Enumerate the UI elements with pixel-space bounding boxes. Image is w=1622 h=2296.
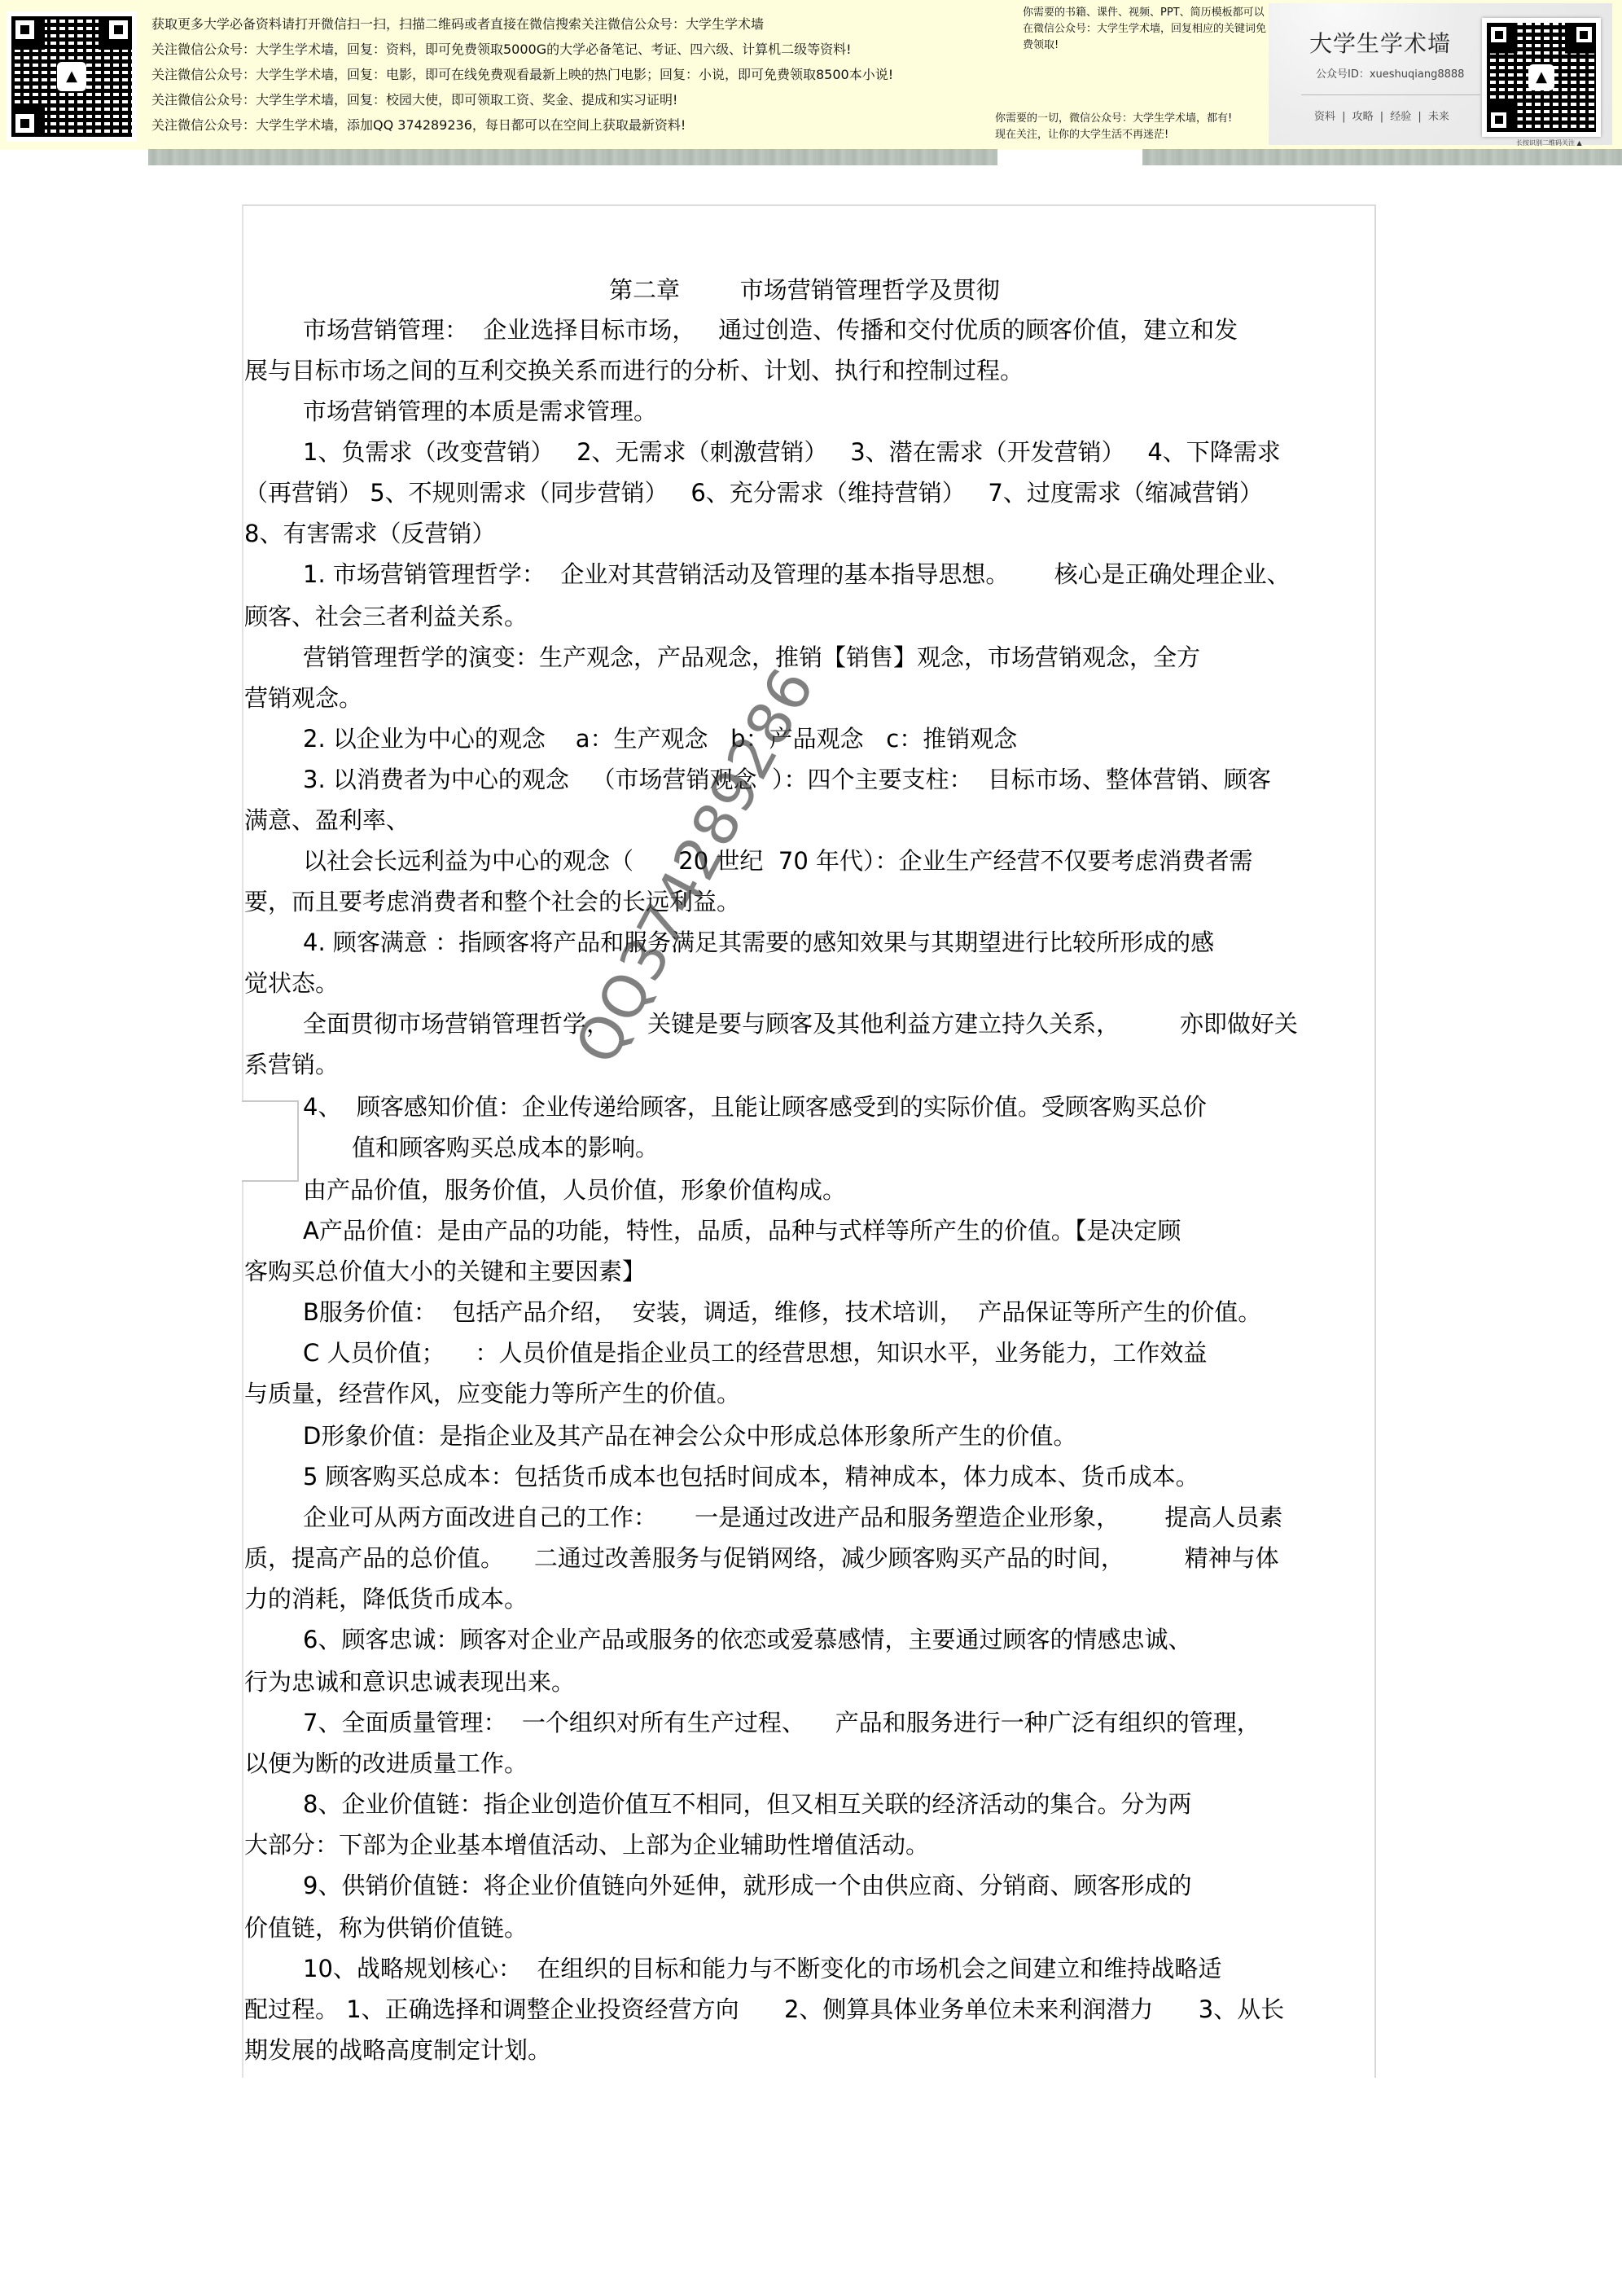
page-margin bbox=[242, 2078, 1382, 2296]
chapter-title: 第二章 市场营销管理哲学及贯彻 bbox=[609, 275, 1000, 305]
document-line: 市场营销管理的本质是需求管理。 bbox=[303, 397, 657, 426]
qr-finder bbox=[1487, 108, 1510, 132]
banner-line: 关注微信公众号：大学生学术墙，回复：校园大使，即可领取工资、奖金、提成和实习证明… bbox=[151, 87, 893, 112]
document-line: 8、企业价值链：指企业创造价值互不相同，但又相互关联的经济活动的集合。分为两 bbox=[303, 1789, 1191, 1819]
margin-box bbox=[242, 1100, 299, 1182]
document-line: 质，提高产品的总价值。 二通过改善服务与促销网络，减少顾客购买产品的时间， 精神… bbox=[244, 1543, 1279, 1573]
document-line: 9、供销价值链：将企业价值链向外延伸，就形成一个由供应商、分销商、顾客形成的 bbox=[303, 1871, 1191, 1900]
document-line: 觉状态。 bbox=[244, 968, 339, 998]
document-line: 4、 顾客感知价值：企业传递给顾客，且能让顾客感受到的实际价值。受顾客购买总价 bbox=[303, 1092, 1207, 1122]
document-line: C 人员价值； ：人员价值是指企业员工的经营思想，知识水平，业务能力，工作效益 bbox=[303, 1338, 1207, 1368]
document-line: 展与目标市场之间的互利交换关系而进行的分析、计划、执行和控制过程。 bbox=[244, 356, 1024, 385]
banner-text-lines: 获取更多大学必备资料请打开微信扫一扫，扫描二维码或者直接在微信搜索关注微信公众号… bbox=[151, 11, 893, 138]
document-line: 要，而且要考虑消费者和整个社会的长远利益。 bbox=[244, 887, 740, 916]
banner-side-line: 你需要的一切，微信公众号：大学生学术墙，都有! bbox=[995, 111, 1272, 127]
qr-caption: 长按识别二维码关注 ▲ bbox=[1516, 138, 1582, 147]
document-line: B服务价值： 包括产品介绍， 安装，调适，维修，技术培训， 产品保证等所产生的价… bbox=[303, 1297, 1261, 1327]
document-line: 营销管理哲学的演变：生产观念，产品观念，推销【销售】观念，市场营销观念，全方 bbox=[303, 643, 1200, 672]
qr-finder bbox=[105, 16, 132, 43]
banner-side-line: 现在关注，让你的大学生活不再迷茫! bbox=[995, 127, 1272, 143]
banner-line: 关注微信公众号：大学生学术墙，添加QQ 374289236，每日都可以在空间上获… bbox=[151, 112, 893, 138]
document-line: 由产品价值，服务价值，人员价值，形象价值构成。 bbox=[303, 1175, 846, 1205]
qr-finder bbox=[1572, 23, 1596, 46]
document-line: 顾客、社会三者利益关系。 bbox=[244, 602, 528, 631]
document-line: 企业可从两方面改进自己的工作： 一是通过改进产品和服务塑造企业形象， 提高人员素 bbox=[303, 1503, 1282, 1532]
document-line: 期发展的战略高度制定计划。 bbox=[244, 2035, 551, 2065]
account-tags: 资料 | 攻略 | 经验 | 未来 bbox=[1314, 108, 1449, 123]
qr-finder bbox=[1487, 23, 1510, 46]
document-line: 市场营销管理： 企业选择目标市场， 通过创造、传播和交付优质的顾客价值，建立和发 bbox=[303, 315, 1238, 345]
document-line: 以便为断的改进质量工作。 bbox=[244, 1749, 528, 1778]
document-line: 价值链，称为供销价值链。 bbox=[244, 1913, 528, 1943]
document-line: 大部分：下部为企业基本增值活动、上部为企业辅助性增值活动。 bbox=[244, 1830, 929, 1859]
document-line: 以社会长远利益为中心的观念（ 20 世纪 70 年代）：企业生产经营不仅要考虑消… bbox=[303, 846, 1253, 876]
qr-finder bbox=[11, 16, 38, 43]
document-line: 营销观念。 bbox=[244, 683, 362, 713]
document-line: 全面贯彻市场营销管理哲学， 关键是要与顾客及其他利益方建立持久关系， 亦即做好关 bbox=[303, 1009, 1298, 1038]
strip-gap bbox=[997, 149, 1142, 165]
document-line: 满意、盈利率、 bbox=[244, 806, 410, 835]
texture-strip bbox=[148, 149, 1622, 165]
document-line: 8、有害需求（反营销） bbox=[244, 519, 495, 548]
banner-line: 获取更多大学必备资料请打开微信扫一扫，扫描二维码或者直接在微信搜索关注微信公众号… bbox=[151, 11, 893, 37]
document-line: 10、战略规划核心： 在组织的目标和能力与不断变化的市场机会之间建立和维持战略适 bbox=[303, 1954, 1221, 1983]
document-line: 4. 顾客满意 ：指顾客将产品和服务满足其需要的感知效果与其期望进行比较所形成的… bbox=[303, 928, 1214, 957]
banner-side-footer: 你需要的一切，微信公众号：大学生学术墙，都有! 现在关注，让你的大学生活不再迷茫… bbox=[995, 111, 1272, 143]
graduation-cap-icon: ▲ bbox=[57, 62, 86, 91]
document-line: 1、负需求（改变营销） 2、无需求（刺激营销） 3、潜在需求（开发营销） 4、下… bbox=[303, 437, 1281, 467]
banner-side-text: 你需要的书籍、课件、视频、PPT、简历模板都可以在微信公众号：大学生学术墙，回复… bbox=[1023, 5, 1267, 54]
document-line: 与质量，经营作风，应变能力等所产生的价值。 bbox=[244, 1379, 740, 1408]
document-line: 配过程。 1、正确选择和调整企业投资经营方向 2、侧算具体业务单位未来利润潜力 … bbox=[244, 1995, 1284, 2024]
document-line: 系营销。 bbox=[244, 1050, 339, 1079]
document-line: 1. 市场营销管理哲学： 企业对其营销活动及管理的基本指导思想。 核心是正确处理… bbox=[303, 560, 1291, 589]
document-line: D形象价值：是指企业及其产品在神会公众中形成总体形象所产生的价值。 bbox=[303, 1421, 1076, 1451]
document-line: 5 顾客购买总成本：包括货币成本也包括时间成本，精神成本，体力成本、货币成本。 bbox=[303, 1462, 1199, 1491]
promo-banner: ▲ 获取更多大学必备资料请打开微信扫一扫，扫描二维码或者直接在微信搜索关注微信公… bbox=[0, 0, 1622, 149]
account-id: 公众号ID：xueshuqiang8888 bbox=[1316, 65, 1464, 81]
document-line: 力的消耗，降低货币成本。 bbox=[244, 1584, 528, 1613]
qr-pattern: ▲ bbox=[11, 16, 132, 137]
banner-line: 关注微信公众号：大学生学术墙，回复：电影，即可在线免费观看最新上映的热门电影；回… bbox=[151, 62, 893, 87]
document-line: 值和顾客购买总成本的影响。 bbox=[352, 1133, 659, 1162]
qr-finder bbox=[11, 110, 38, 137]
account-name: 大学生学术墙 bbox=[1309, 26, 1451, 59]
document-line: （再营销） 5、不规则需求（同步营销） 6、充分需求（维持营销） 7、过度需求（… bbox=[244, 478, 1263, 507]
document-line: 7、全面质量管理： 一个组织对所有生产过程、 产品和服务进行一种广泛有组织的管理… bbox=[303, 1708, 1260, 1737]
qr-code-right: ▲ bbox=[1482, 18, 1601, 137]
document-line: 2. 以企业为中心的观念 a：生产观念 b：产品观念 c：推销观念 bbox=[303, 724, 1017, 753]
document-line: 行为忠诚和意识忠诚表现出来。 bbox=[244, 1667, 575, 1697]
document-line: 3. 以消费者为中心的观念 （市场营销观念 ）：四个主要支柱： 目标市场、整体营… bbox=[303, 765, 1271, 794]
document-line: 6、顾客忠诚：顾客对企业产品或服务的依恋或爱慕感情，主要通过顾客的情感忠诚、 bbox=[303, 1625, 1191, 1654]
banner-line: 关注微信公众号：大学生学术墙，回复：资料，即可免费领取5000G的大学必备笔记、… bbox=[151, 37, 893, 62]
document-line: A产品价值：是由产品的功能，特性，品质，品种与式样等所产生的价值。【是决定顾 bbox=[303, 1216, 1181, 1245]
document-line: 客购买总价值大小的关键和主要因素】 bbox=[244, 1257, 646, 1286]
qr-pattern: ▲ bbox=[1487, 23, 1596, 132]
qr-code-left: ▲ bbox=[7, 11, 137, 142]
divider bbox=[1301, 94, 1480, 95]
graduation-cap-icon: ▲ bbox=[1528, 64, 1554, 90]
